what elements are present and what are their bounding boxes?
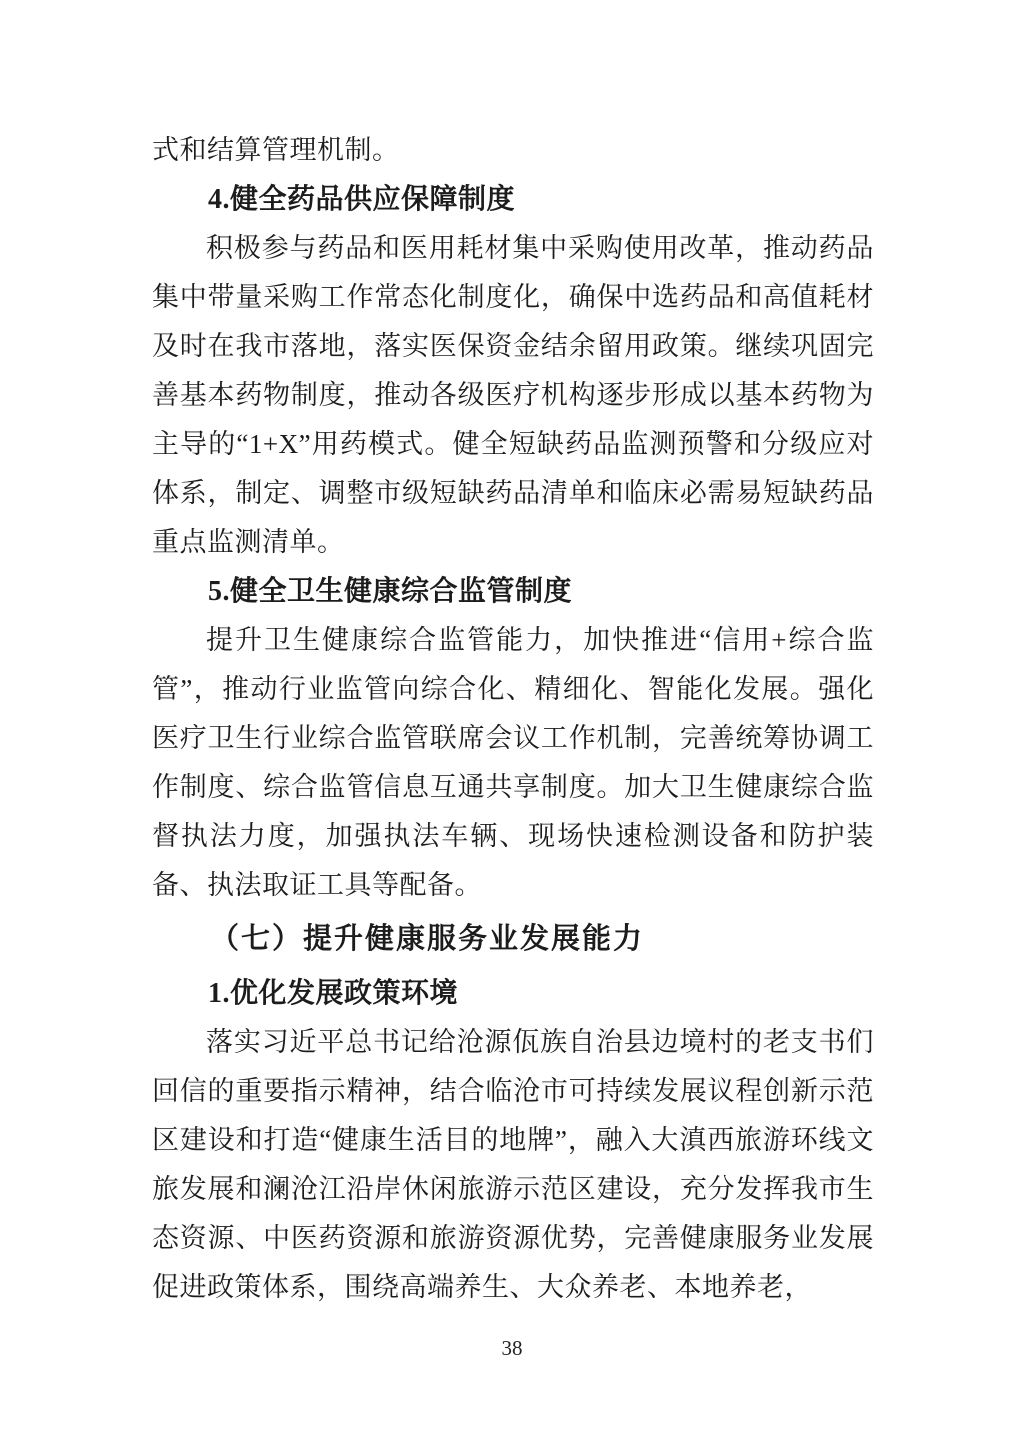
heading-item-5: 5.健全卫生健康综合监管制度 xyxy=(152,567,874,616)
paragraph-drug-supply: 积极参与药品和医用耗材集中采购使用改革，推动药品集中带量采购工作常态化制度化，确… xyxy=(152,224,874,567)
heading-item-4: 4.健全药品供应保障制度 xyxy=(152,175,874,224)
paragraph-continuation: 式和结算管理机制。 xyxy=(152,126,874,175)
document-body: 式和结算管理机制。 4.健全药品供应保障制度 积极参与药品和医用耗材集中采购使用… xyxy=(152,126,874,1312)
page-number: 38 xyxy=(0,1336,1024,1361)
document-page: 式和结算管理机制。 4.健全药品供应保障制度 积极参与药品和医用耗材集中采购使用… xyxy=(0,0,1024,1448)
paragraph-policy-environment: 落实习近平总书记给沧源佤族自治县边境村的老支书们回信的重要指示精神，结合临沧市可… xyxy=(152,1018,874,1312)
paragraph-supervision: 提升卫生健康综合监管能力，加快推进“信用+综合监管”，推动行业监管向综合化、精细… xyxy=(152,616,874,910)
heading-item-1: 1.优化发展政策环境 xyxy=(152,969,874,1018)
section-heading-7: （七）提升健康服务业发展能力 xyxy=(152,915,874,964)
